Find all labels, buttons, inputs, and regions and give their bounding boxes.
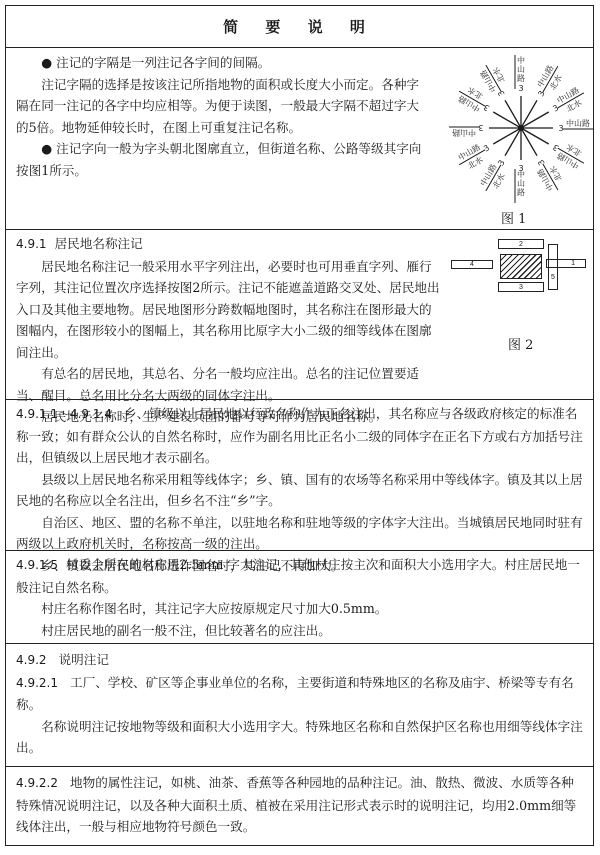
clause-number: 4.9.2.2 — [16, 776, 58, 790]
block-4-9-1-1-to-4: 4.9.1.1～4.9.1.4 乡、镇级以上居民地以行政名称作为正名注出，其名称… — [6, 399, 593, 550]
block-4-9-2: 4.9.2 说明注记 4.9.2.1 工厂、学校、矿区等企事业单位的名称，主要街… — [6, 643, 593, 766]
position-box-2: 2 — [498, 239, 544, 249]
block5-text: 4.9.2 说明注记 4.9.2.1 工厂、学校、矿区等企事业单位的名称，主要街… — [16, 649, 586, 759]
svg-text:山: 山 — [517, 64, 525, 74]
block1-text: ● 注记的字隔是一列注记各字间的间隔。 注记字隔的选择是按该注记所指地物的面积或… — [16, 52, 431, 181]
document-frame: 简 要 说 明 ● 注记的字隔是一列注记各字间的间隔。 注记字隔的选择是按该注记… — [5, 5, 594, 846]
figure-2-placement-diagram: 2 3 4 1 5 — [6, 230, 595, 310]
clause-lead: 地物的属性注记，如桃、油茶、香蕉等各种园地的品种注记。油、散热、微波、水质等各种… — [16, 775, 576, 834]
section-number: 4.9.2 — [16, 653, 47, 667]
clause-number: 4.9.1.5 — [16, 558, 58, 572]
block4-text: 4.9.1.5 村委会所在的村庄用2.5mm 字大注记，其他村庄按主次和面积大小… — [16, 554, 586, 641]
page-title: 简 要 说 明 — [6, 6, 593, 47]
svg-text:中: 中 — [517, 55, 525, 65]
svg-text:中: 中 — [517, 169, 525, 179]
clause-lead: 村委会所在的村庄用2.5mm 字大注记，其他村庄按主次和面积大小选用字大。村庄居… — [16, 557, 580, 595]
position-box-3: 3 — [498, 282, 544, 292]
svg-text:3: 3 — [558, 124, 563, 133]
clause-number: 4.9.1.1～4.9.1.4 — [16, 407, 112, 421]
bullet-paragraph: ● 注记的字隔是一列注记各字间的间隔。 — [16, 52, 431, 74]
figure-1-caption: 图 1 — [501, 208, 526, 227]
paragraph: 村庄名称作图名时，其注记字大应按原规定尺寸加大0.5mm。 — [16, 598, 586, 620]
block-annotation-spacing: ● 注记的字隔是一列注记各字间的间隔。 注记字隔的选择是按该注记所指地物的面积或… — [6, 47, 593, 229]
figure-1-star-diagram: 3中山路3中山路北水3中山路北水3中山路3中山路北水3中山路北水3中山路3中山路… — [446, 48, 596, 208]
svg-text:山: 山 — [517, 178, 525, 188]
figure-2-caption: 图 2 — [508, 334, 533, 353]
svg-text:3: 3 — [518, 84, 523, 93]
svg-text:3: 3 — [536, 89, 546, 98]
svg-text:3: 3 — [551, 142, 560, 152]
paragraph: 县级以上居民地名称采用粗等线体字；乡、镇、国有的农场等名称采用中等线体字。镇及其… — [16, 469, 586, 512]
paragraph: 村庄居民地的副名一般不注，但比较著名的应注出。 — [16, 620, 586, 642]
clause-number: 4.9.2.1 — [16, 676, 58, 690]
block-4-9-1-5: 4.9.1.5 村委会所在的村庄用2.5mm 字大注记，其他村庄按主次和面积大小… — [6, 550, 593, 643]
settlement-hatch — [500, 254, 542, 279]
svg-text:3: 3 — [496, 158, 506, 167]
paragraph: 名称说明注记按地物等级和面积大小选用字大。特殊地区名称和自然保护区名称也用细等线… — [16, 716, 586, 759]
position-box-4: 4 — [451, 260, 493, 269]
bullet-paragraph: ● 注记字向一般为字头朝北图廓直立，但街道名称、公路等级其字向按图1所示。 — [16, 138, 431, 181]
block6-text: 4.9.2.2 地物的属性注记，如桃、油茶、香蕉等各种园地的品种注记。油、散热、… — [16, 772, 586, 838]
position-box-5: 5 — [548, 244, 558, 290]
svg-text:3: 3 — [478, 123, 483, 132]
svg-text:中山路: 中山路 — [566, 118, 590, 128]
svg-text:3: 3 — [482, 102, 491, 112]
clause-lead: 工厂、学校、矿区等企事业单位的名称，主要街道和特殊地区的名称及庙宇、桥梁等专有名… — [16, 675, 574, 713]
svg-text:中山路: 中山路 — [452, 128, 476, 138]
svg-text:3: 3 — [536, 158, 546, 167]
svg-text:路: 路 — [517, 73, 525, 83]
block-4-9-1: 4.9.1 居民地名称注记 居民地名称注记一般采用水平字列注出，必要时也可用垂直… — [6, 229, 593, 399]
paragraph: 自治区、地区、盟的名称不单注，以驻地名称和驻地等级的字体字大注出。当城镇居民地同… — [16, 512, 586, 555]
block-4-9-2-2: 4.9.2.2 地物的属性注记，如桃、油茶、香蕉等各种园地的品种注记。油、散热、… — [6, 766, 593, 845]
section-heading: 说明注记 — [59, 652, 109, 667]
svg-text:3: 3 — [482, 143, 491, 153]
paragraph: 注记字隔的选择是按该注记所指地物的面积或长度大小而定。各种字隔在同一注记的各字中… — [16, 74, 431, 139]
svg-text:路: 路 — [517, 187, 525, 197]
